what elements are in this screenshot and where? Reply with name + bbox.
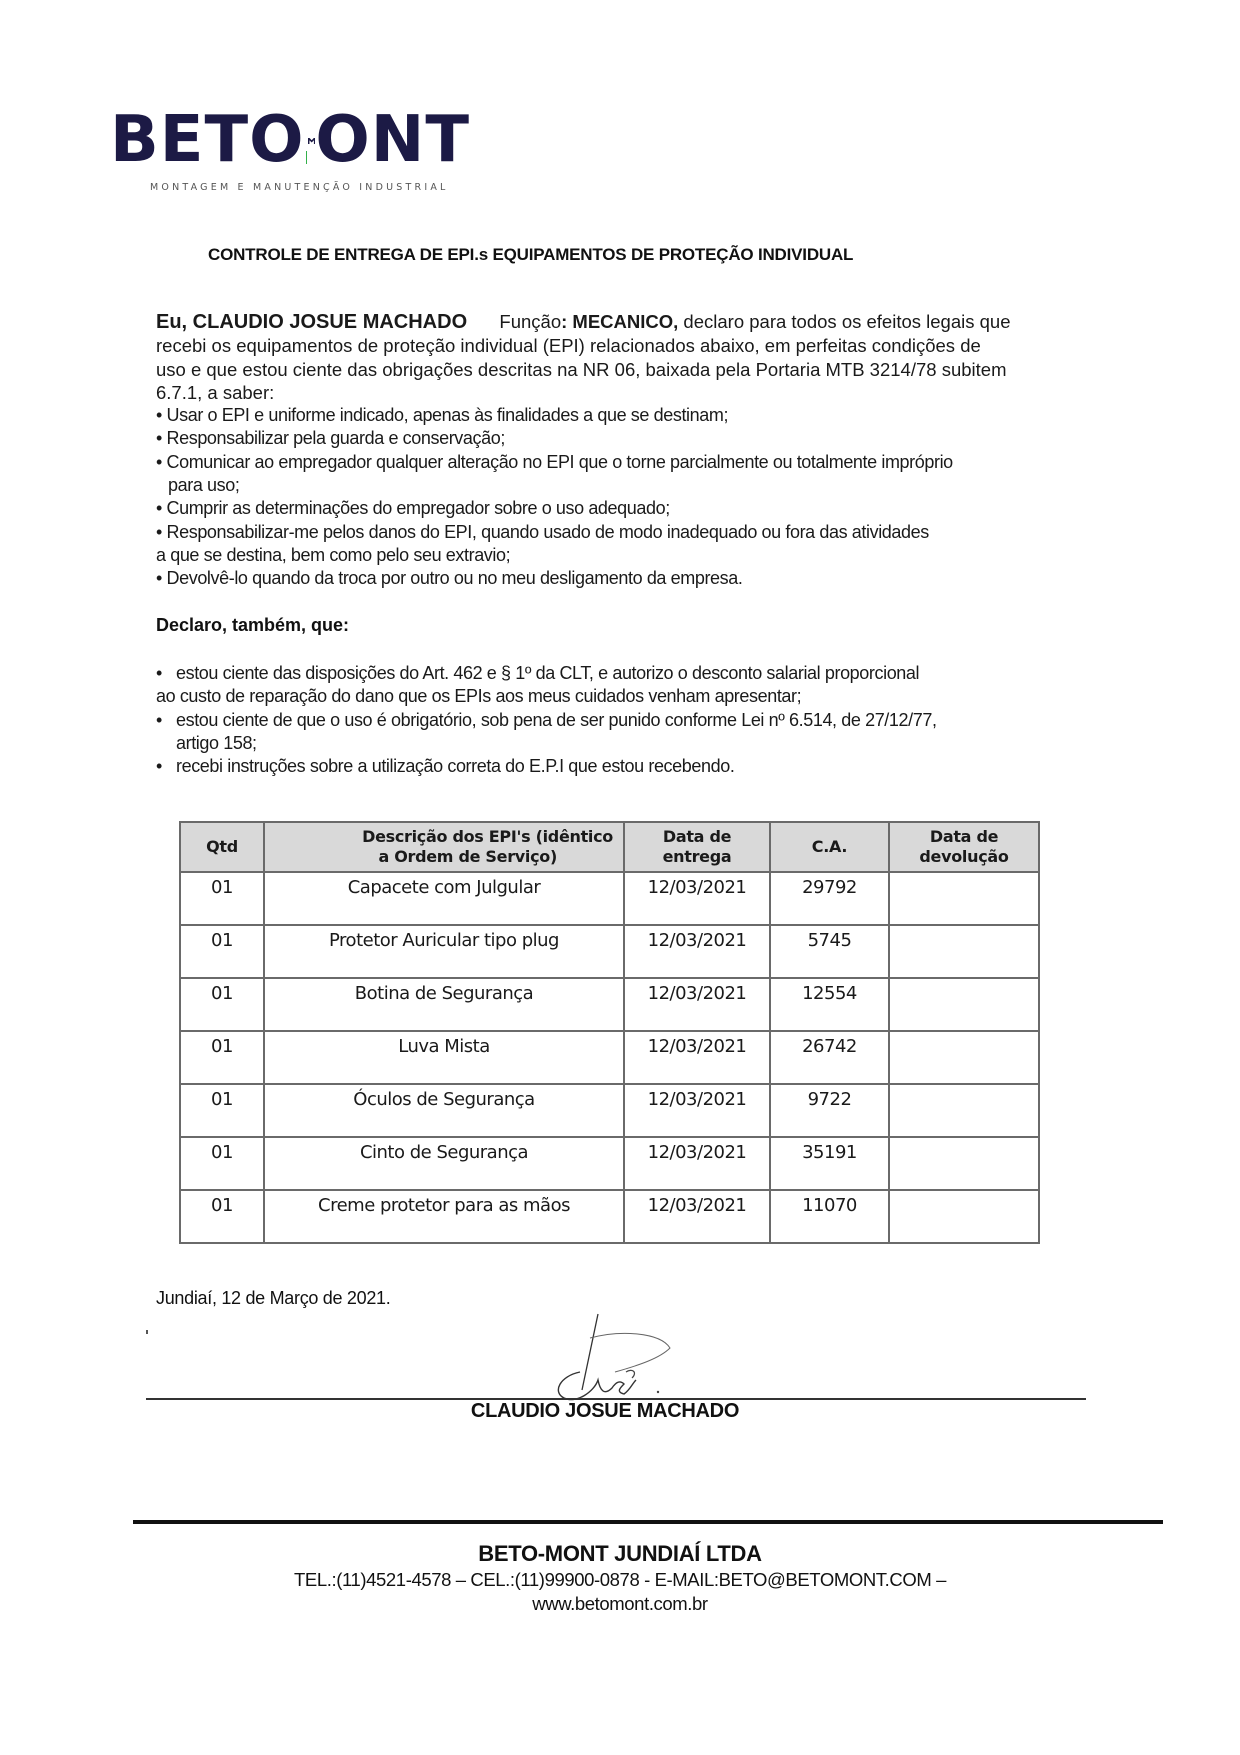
cell-delivery-date: 12/03/2021: [624, 1190, 770, 1243]
role-value: : MECANICO,: [561, 311, 678, 332]
intro-line-4: 6.7.1, a saber:: [156, 381, 1096, 404]
table-row: 01Cinto de Segurança12/03/202135191: [180, 1137, 1039, 1190]
cell-ca: 35191: [770, 1137, 889, 1190]
header-line: Data de: [890, 827, 1038, 847]
header-line: entrega: [625, 847, 769, 867]
table-row: 01Luva Mista12/03/202126742: [180, 1031, 1039, 1084]
bullet: •: [156, 709, 176, 732]
obligation-item: • Cumprir as determinações do empregador…: [156, 497, 1096, 520]
stray-mark: [146, 1330, 148, 1334]
logo-green-square-icon: [306, 151, 307, 164]
declaration-item: • estou ciente de que o uso é obrigatóri…: [156, 709, 1096, 732]
bullet: •: [156, 662, 176, 685]
cell-description: Botina de Segurança: [264, 978, 624, 1031]
signer-name-text: CLAUDIO JOSUE MACHADO: [471, 1400, 739, 1422]
declaration-text: estou ciente de que o uso é obrigatório,…: [176, 709, 937, 732]
cell-qtd: 01: [180, 872, 264, 925]
declaration-item: • estou ciente das disposições do Art. 4…: [156, 662, 1096, 685]
declaration-item: • recebi instruções sobre a utilização c…: [156, 755, 1096, 778]
cell-ca: 26742: [770, 1031, 889, 1084]
cell-return-date: [889, 1190, 1039, 1243]
cell-qtd: 01: [180, 1084, 264, 1137]
bullet: •: [156, 755, 176, 778]
cell-qtd: 01: [180, 925, 264, 978]
cell-delivery-date: 12/03/2021: [624, 872, 770, 925]
cell-ca: 29792: [770, 872, 889, 925]
cell-ca: 12554: [770, 978, 889, 1031]
declaration-continuation: ao custo de reparação do dano que os EPI…: [156, 685, 1096, 708]
document-title: CONTROLE DE ENTREGA DE EPI.s EQUIPAMENTO…: [208, 245, 853, 265]
intro-line-3: uso e que estou ciente das obrigações de…: [156, 358, 1096, 381]
declarations-list: • estou ciente das disposições do Art. 4…: [156, 662, 1096, 778]
logo-m-chevron-icon: [308, 114, 315, 168]
cell-description: Capacete com Julgular: [264, 872, 624, 925]
cell-return-date: [889, 1137, 1039, 1190]
cell-qtd: 01: [180, 978, 264, 1031]
footer-contact: TEL.:(11)4521-4578 – CEL.:(11)99900-0878…: [0, 1568, 1240, 1592]
table-row: 01Botina de Segurança12/03/202112554: [180, 978, 1039, 1031]
obligation-item: • Responsabilizar pela guarda e conserva…: [156, 427, 1096, 450]
cell-delivery-date: 12/03/2021: [624, 925, 770, 978]
table-row: 01Capacete com Julgular12/03/202129792: [180, 872, 1039, 925]
obligation-item-continuation: a que se destina, bem como pelo seu extr…: [156, 544, 1096, 567]
role-label: Função: [499, 311, 561, 332]
cell-return-date: [889, 1084, 1039, 1137]
cell-qtd: 01: [180, 1031, 264, 1084]
column-header-ca: C.A.: [770, 822, 889, 872]
intro-text: declaro para todos os efeitos legais que: [678, 311, 1010, 332]
place-and-date: Jundiaí, 12 de Março de 2021.: [156, 1288, 390, 1309]
obligation-item: • Usar o EPI e uniforme indicado, apenas…: [156, 404, 1096, 427]
cell-description: Creme protetor para as mãos: [264, 1190, 624, 1243]
logo-text-right: ONT: [315, 108, 470, 172]
obligation-item: • Comunicar ao empregador qualquer alter…: [156, 451, 1096, 474]
handwritten-signature-icon: [520, 1310, 680, 1410]
column-header-qtd: Qtd: [180, 822, 264, 872]
cell-return-date: [889, 978, 1039, 1031]
obligation-item: • Devolvê-lo quando da troca por outro o…: [156, 567, 1096, 590]
obligation-item-continuation: para uso;: [156, 474, 1096, 497]
intro-line-1: Eu, CLAUDIO JOSUE MACHADO Função: MECANI…: [156, 310, 1096, 334]
employee-name: Eu, CLAUDIO JOSUE MACHADO: [156, 311, 467, 333]
cell-return-date: [889, 925, 1039, 978]
column-header-delivery-date: Data de entrega: [624, 822, 770, 872]
declarations-heading: Declaro, também, que:: [156, 615, 349, 636]
cell-delivery-date: 12/03/2021: [624, 1084, 770, 1137]
obligations-list: • Usar o EPI e uniforme indicado, apenas…: [156, 404, 1096, 590]
header-line: devolução: [890, 847, 1038, 867]
cell-ca: 9722: [770, 1084, 889, 1137]
table-row: 01Creme protetor para as mãos12/03/20211…: [180, 1190, 1039, 1243]
footer: BETO-MONT JUNDIAÍ LTDA TEL.:(11)4521-457…: [0, 1540, 1240, 1616]
declaration-text: recebi instruções sobre a utilização cor…: [176, 755, 734, 778]
logo-tagline: MONTAGEM E MANUTENÇÃO INDUSTRIAL: [150, 182, 470, 193]
company-logo: BETO ONT MONTAGEM E MANUTENÇÃO INDUSTRIA…: [110, 108, 470, 198]
cell-description: Cinto de Segurança: [264, 1137, 624, 1190]
column-header-return-date: Data de devolução: [889, 822, 1039, 872]
signer-name: CLAUDIO JOSUE MACHADO: [0, 1400, 1240, 1423]
cell-qtd: 01: [180, 1137, 264, 1190]
cell-ca: 5745: [770, 925, 889, 978]
cell-description: Protetor Auricular tipo plug: [264, 925, 624, 978]
cell-description: Luva Mista: [264, 1031, 624, 1084]
header-line: Data de: [625, 827, 769, 847]
logo-text-left: BETO: [110, 108, 305, 172]
header-line: a Ordem de Serviço): [265, 847, 557, 867]
epi-delivery-table: Qtd Descrição dos EPI's (idêntico a Orde…: [179, 821, 1040, 1244]
footer-company-name: BETO-MONT JUNDIAÍ LTDA: [0, 1540, 1240, 1568]
intro-paragraph: Eu, CLAUDIO JOSUE MACHADO Função: MECANI…: [156, 310, 1096, 591]
intro-line-2: recebi os equipamentos de proteção indiv…: [156, 334, 1096, 357]
cell-return-date: [889, 872, 1039, 925]
cell-delivery-date: 12/03/2021: [624, 978, 770, 1031]
table-row: 01Óculos de Segurança12/03/20219722: [180, 1084, 1039, 1137]
footer-divider: [133, 1520, 1163, 1524]
cell-delivery-date: 12/03/2021: [624, 1031, 770, 1084]
cell-description: Óculos de Segurança: [264, 1084, 624, 1137]
cell-qtd: 01: [180, 1190, 264, 1243]
declaration-text: estou ciente das disposições do Art. 462…: [176, 662, 919, 685]
obligation-item: • Responsabilizar-me pelos danos do EPI,…: [156, 521, 1096, 544]
cell-ca: 11070: [770, 1190, 889, 1243]
footer-website: www.betomont.com.br: [0, 1592, 1240, 1616]
column-header-description: Descrição dos EPI's (idêntico a Ordem de…: [264, 822, 624, 872]
cell-delivery-date: 12/03/2021: [624, 1137, 770, 1190]
declaration-continuation: artigo 158;: [156, 732, 1096, 755]
logo-wordmark: BETO ONT: [110, 108, 470, 172]
header-line: Descrição dos EPI's (idêntico: [265, 827, 613, 847]
table-row: 01Protetor Auricular tipo plug12/03/2021…: [180, 925, 1039, 978]
cell-return-date: [889, 1031, 1039, 1084]
table-header-row: Qtd Descrição dos EPI's (idêntico a Orde…: [180, 822, 1039, 872]
